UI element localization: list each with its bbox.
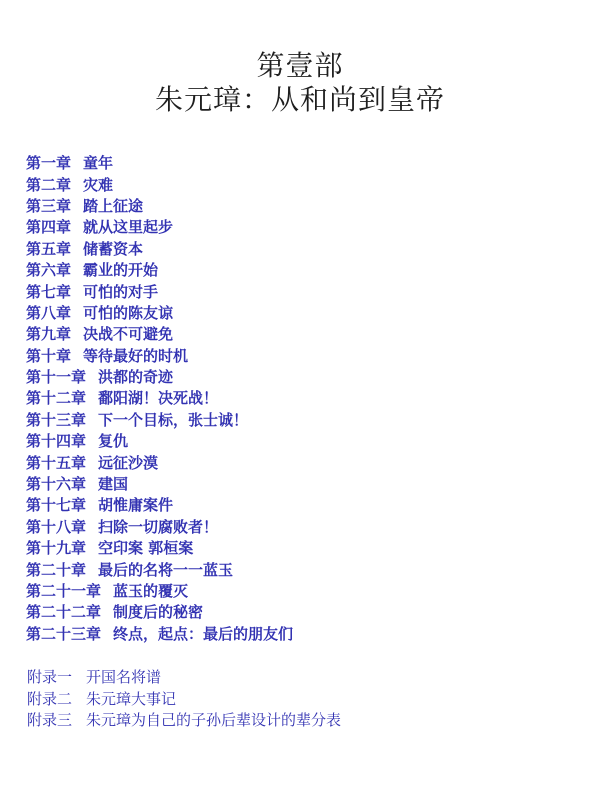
chapter-title-label: 灾难: [83, 174, 113, 195]
chapter-title-label: 胡惟庸案件: [98, 494, 173, 515]
chapter-link[interactable]: 第十三章 下一个目标，张士诚！: [26, 409, 293, 430]
chapter-number-label: 第二十一章: [26, 580, 101, 601]
chapter-link[interactable]: 第十章 等待最好的时机: [26, 345, 293, 366]
chapter-number-label: 第十七章: [26, 494, 86, 515]
chapter-number-label: 第十二章: [26, 387, 86, 408]
chapter-number-label: 第十六章: [26, 473, 86, 494]
chapter-link[interactable]: 第六章 霸业的开始: [26, 259, 293, 280]
chapter-link[interactable]: 第四章 就从这里起步: [26, 216, 293, 237]
chapter-number-label: 第十八章: [26, 516, 86, 537]
chapter-title-label: 远征沙漠: [98, 452, 158, 473]
appendix-number-label: 附录一: [27, 666, 72, 687]
chapter-link[interactable]: 第二十章 最后的名将一一蓝玉: [26, 558, 293, 579]
part-number-heading: 第壹部: [0, 49, 600, 83]
chapter-link[interactable]: 第七章 可怕的对手: [26, 280, 293, 301]
appendix-link[interactable]: 附录一 开国名将谱: [27, 666, 341, 687]
chapter-title-label: 建国: [98, 473, 128, 494]
chapter-title-label: 最后的名将一一蓝玉: [98, 559, 233, 580]
appendix-number-label: 附录二: [27, 688, 72, 709]
chapter-title-label: 就从这里起步: [83, 216, 173, 237]
chapter-title-label: 洪都的奇迹: [98, 366, 173, 387]
chapter-title-label: 童年: [83, 152, 113, 173]
chapter-number-label: 第六章: [26, 259, 71, 280]
chapter-number-label: 第十章: [26, 345, 71, 366]
chapter-link[interactable]: 第二章 灾难: [26, 173, 293, 194]
chapter-link[interactable]: 第三章 踏上征途: [26, 195, 293, 216]
chapter-link[interactable]: 第五章 储蓄资本: [26, 238, 293, 259]
chapter-number-label: 第二章: [26, 174, 71, 195]
chapter-title-label: 储蓄资本: [83, 238, 143, 259]
chapter-link[interactable]: 第十六章 建国: [26, 473, 293, 494]
chapter-link[interactable]: 第十四章 复仇: [26, 430, 293, 451]
chapter-title-label: 鄱阳湖！决死战！: [98, 387, 218, 408]
chapter-title-label: 霸业的开始: [83, 259, 158, 280]
chapter-number-label: 第十三章: [26, 409, 86, 430]
chapter-number-label: 第八章: [26, 302, 71, 323]
part-heading-block: 第壹部 朱元璋：从和尚到皇帝: [0, 49, 600, 117]
chapter-number-label: 第十九章: [26, 537, 86, 558]
appendix-title-label: 朱元璋为自己的子孙后辈设计的辈分表: [86, 709, 341, 730]
part-title-heading: 朱元璋：从和尚到皇帝: [0, 83, 600, 117]
chapter-number-label: 第二十二章: [26, 601, 101, 622]
chapter-number-label: 第二十章: [26, 559, 86, 580]
chapter-title-label: 扫除一切腐败者！: [98, 516, 218, 537]
chapter-title-label: 终点，起点：最后的朋友们: [113, 623, 293, 644]
chapter-link[interactable]: 第十二章 鄱阳湖！决死战！: [26, 387, 293, 408]
chapter-title-label: 等待最好的时机: [83, 345, 188, 366]
chapter-list: 第一章 童年 第二章 灾难 第三章 踏上征途 第四章 就从这里起步 第五章 储蓄…: [26, 152, 293, 644]
chapter-title-label: 踏上征途: [83, 195, 143, 216]
chapter-title-label: 可怕的对手: [83, 281, 158, 302]
chapter-title-label: 决战不可避免: [83, 323, 173, 344]
appendix-title-label: 开国名将谱: [86, 666, 161, 687]
chapter-link[interactable]: 第二十三章 终点，起点：最后的朋友们: [26, 623, 293, 644]
chapter-title-label: 空印案 郭桓案: [98, 537, 193, 558]
chapter-number-label: 第三章: [26, 195, 71, 216]
chapter-link[interactable]: 第十一章 洪都的奇迹: [26, 366, 293, 387]
appendix-link[interactable]: 附录二 朱元璋大事记: [27, 687, 341, 708]
chapter-title-label: 可怕的陈友谅: [83, 302, 173, 323]
chapter-number-label: 第五章: [26, 238, 71, 259]
appendix-list: 附录一 开国名将谱 附录二 朱元璋大事记 附录三 朱元璋为自己的子孙后辈设计的辈…: [27, 666, 341, 730]
chapter-number-label: 第二十三章: [26, 623, 101, 644]
chapter-number-label: 第十一章: [26, 366, 86, 387]
chapter-number-label: 第一章: [26, 152, 71, 173]
chapter-link[interactable]: 第二十二章 制度后的秘密: [26, 601, 293, 622]
chapter-link[interactable]: 第八章 可怕的陈友谅: [26, 302, 293, 323]
chapter-link[interactable]: 第十五章 远征沙漠: [26, 451, 293, 472]
chapter-number-label: 第七章: [26, 281, 71, 302]
chapter-title-label: 蓝玉的覆灭: [113, 580, 188, 601]
chapter-title-label: 制度后的秘密: [113, 601, 203, 622]
chapter-number-label: 第十五章: [26, 452, 86, 473]
chapter-number-label: 第九章: [26, 323, 71, 344]
chapter-number-label: 第四章: [26, 216, 71, 237]
appendix-number-label: 附录三: [27, 709, 72, 730]
ebook-toc-page: 第壹部 朱元璋：从和尚到皇帝 第一章 童年 第二章 灾难 第三章 踏上征途 第四…: [0, 0, 600, 800]
chapter-title-label: 复仇: [98, 430, 128, 451]
chapter-link[interactable]: 第十八章 扫除一切腐败者！: [26, 516, 293, 537]
appendix-link[interactable]: 附录三 朱元璋为自己的子孙后辈设计的辈分表: [27, 709, 341, 730]
chapter-title-label: 下一个目标，张士诚！: [98, 409, 248, 430]
chapter-link[interactable]: 第二十一章 蓝玉的覆灭: [26, 580, 293, 601]
chapter-number-label: 第十四章: [26, 430, 86, 451]
chapter-link[interactable]: 第一章 童年: [26, 152, 293, 173]
chapter-link[interactable]: 第十九章 空印案 郭桓案: [26, 537, 293, 558]
chapter-link[interactable]: 第十七章 胡惟庸案件: [26, 494, 293, 515]
appendix-title-label: 朱元璋大事记: [86, 688, 176, 709]
chapter-link[interactable]: 第九章 决战不可避免: [26, 323, 293, 344]
